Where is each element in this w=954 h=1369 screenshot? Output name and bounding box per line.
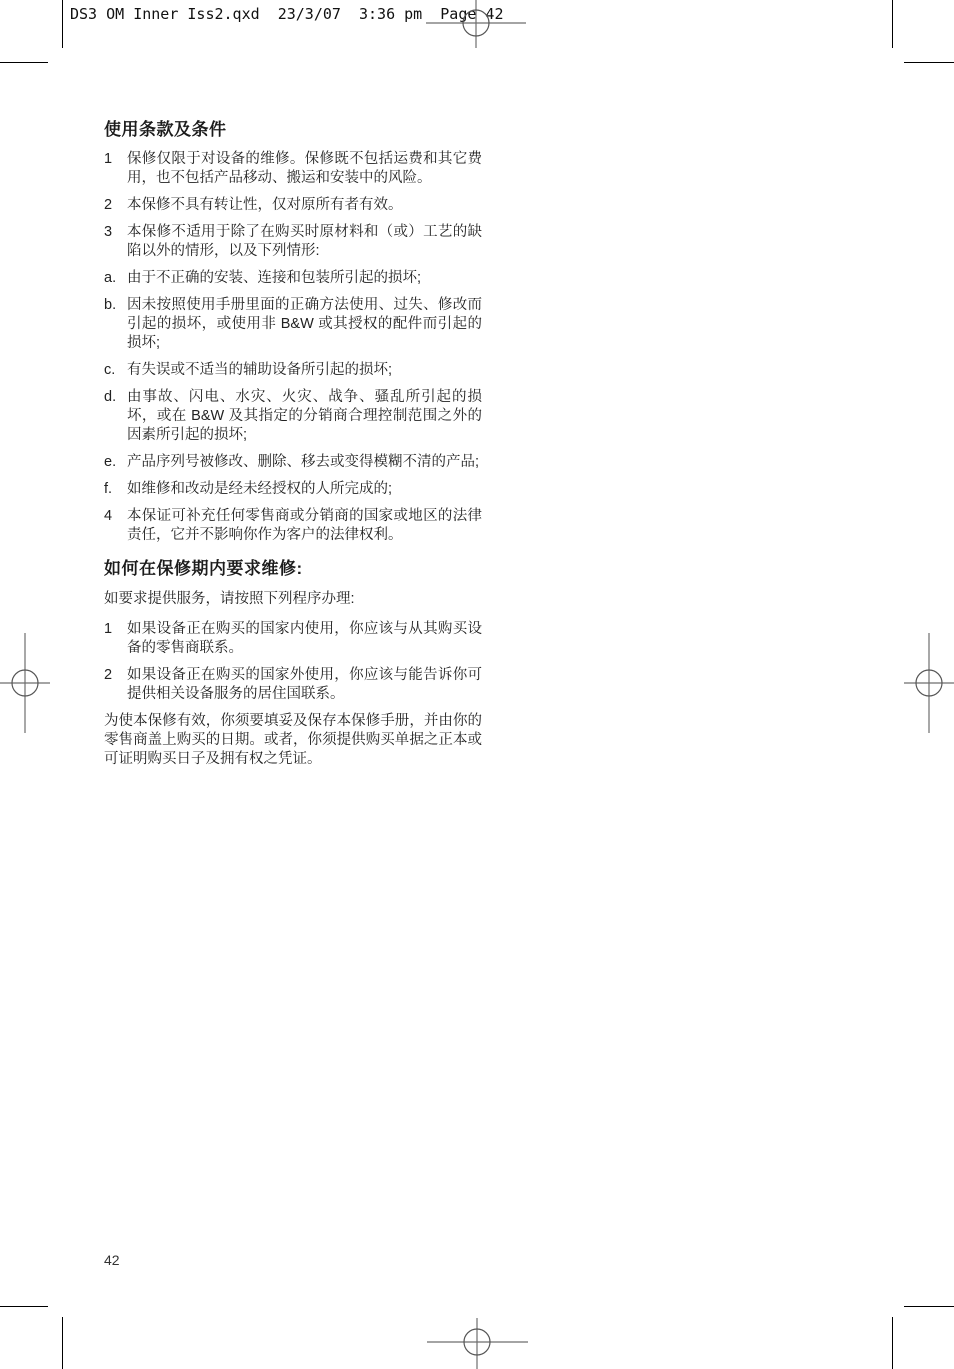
registration-mark-left-icon <box>0 633 55 733</box>
item-marker: 4 <box>104 507 127 545</box>
item-text: 产品序列号被修改、删除、移去或变得模糊不清的产品; <box>127 453 482 472</box>
text-column: 使用条款及条件 1 保修仅限于对设备的维修。保修既不包括运费和其它费用，也不包括… <box>104 120 482 769</box>
crop-mark-bottom-left-vertical <box>62 1317 63 1369</box>
claims-intro: 如要求提供服务，请按照下列程序办理: <box>104 590 482 609</box>
item-marker: c. <box>104 361 127 380</box>
item-text: 如果设备正在购买的国家外使用，你应该与能告诉你可提供相关设备服务的居住国联系。 <box>127 666 482 704</box>
item-marker: 2 <box>104 196 127 215</box>
list-item: 3 本保修不适用于除了在购买时原材料和（或）工艺的缺陷以外的情形，以及下列情形: <box>104 223 482 261</box>
item-marker: 2 <box>104 666 127 704</box>
crop-mark-top-right-horizontal <box>904 62 954 63</box>
list-item: 2 如果设备正在购买的国家外使用，你应该与能告诉你可提供相关设备服务的居住国联系… <box>104 666 482 704</box>
item-marker: d. <box>104 388 127 445</box>
list-item: 2 本保修不具有转让性，仅对原所有者有效。 <box>104 196 482 215</box>
list-item: f. 如维修和改动是经未经授权的人所完成的; <box>104 480 482 499</box>
registration-mark-right-icon <box>899 633 954 733</box>
item-text: 本保证可补充任何零售商或分销商的国家或地区的法律责任，它并不影响你作为客户的法律… <box>127 507 482 545</box>
item-marker: a. <box>104 269 127 288</box>
item-marker: 3 <box>104 223 127 261</box>
list-item: a. 由于不正确的安装、连接和包装所引起的损坏; <box>104 269 482 288</box>
item-text: 保修仅限于对设备的维修。保修既不包括运费和其它费用，也不包括产品移动、搬运和安装… <box>127 150 482 188</box>
item-text: 本保修不适用于除了在购买时原材料和（或）工艺的缺陷以外的情形，以及下列情形: <box>127 223 482 261</box>
document-page: DS3 OM Inner Iss2.qxd 23/3/07 3:36 pm Pa… <box>0 0 954 1369</box>
registration-mark-bottom-icon <box>422 1318 532 1369</box>
list-item: 1 如果设备正在购买的国家内使用，你应该与从其购买设备的零售商联系。 <box>104 620 482 658</box>
claims-footer: 为使本保修有效，你须要填妥及保存本保修手册，并由你的零售商盖上购买的日期。或者，… <box>104 712 482 769</box>
crop-mark-top-left-horizontal <box>0 62 48 63</box>
list-item: b. 因未按照使用手册里面的正确方法使用、过失、修改而引起的损坏，或使用非 B&… <box>104 296 482 353</box>
list-item: 4 本保证可补充任何零售商或分销商的国家或地区的法律责任，它并不影响你作为客户的… <box>104 507 482 545</box>
crop-mark-bottom-left-horizontal <box>0 1306 48 1307</box>
item-marker: 1 <box>104 150 127 188</box>
item-text: 有失误或不适当的辅助设备所引起的损坏; <box>127 361 482 380</box>
crop-mark-bottom-right-horizontal <box>904 1306 954 1307</box>
list-item: c. 有失误或不适当的辅助设备所引起的损坏; <box>104 361 482 380</box>
item-text: 由事故、闪电、水灾、火灾、战争、骚乱所引起的损坏，或在 B&W 及其指定的分销商… <box>127 388 482 445</box>
list-item: e. 产品序列号被修改、删除、移去或变得模糊不清的产品; <box>104 453 482 472</box>
terms-section-title: 使用条款及条件 <box>104 120 482 139</box>
list-item: 1 保修仅限于对设备的维修。保修既不包括运费和其它费用，也不包括产品移动、搬运和… <box>104 150 482 188</box>
item-text: 本保修不具有转让性，仅对原所有者有效。 <box>127 196 482 215</box>
item-text: 如果设备正在购买的国家内使用，你应该与从其购买设备的零售商联系。 <box>127 620 482 658</box>
item-text: 因未按照使用手册里面的正确方法使用、过失、修改而引起的损坏，或使用非 B&W 或… <box>127 296 482 353</box>
item-marker: f. <box>104 480 127 499</box>
registration-mark-top-icon <box>421 0 531 52</box>
item-marker: e. <box>104 453 127 472</box>
item-marker: 1 <box>104 620 127 658</box>
page-number: 42 <box>104 1252 120 1268</box>
item-text: 如维修和改动是经未经授权的人所完成的; <box>127 480 482 499</box>
list-item: d. 由事故、闪电、水灾、火灾、战争、骚乱所引起的损坏，或在 B&W 及其指定的… <box>104 388 482 445</box>
crop-mark-top-right-vertical <box>892 0 893 48</box>
crop-mark-bottom-right-vertical <box>892 1317 893 1369</box>
item-marker: b. <box>104 296 127 353</box>
item-text: 由于不正确的安装、连接和包装所引起的损坏; <box>127 269 482 288</box>
claims-section-title: 如何在保修期内要求维修: <box>104 559 482 578</box>
crop-mark-top-left-vertical <box>62 0 63 48</box>
